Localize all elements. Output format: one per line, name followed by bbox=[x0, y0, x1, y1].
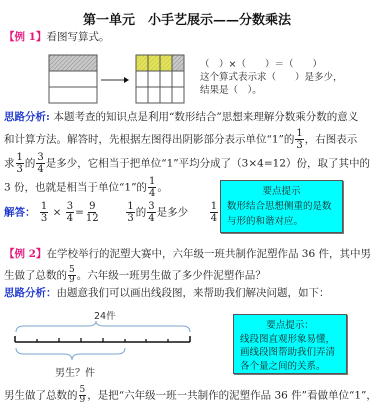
tip-body: 数形结合思想侧重的是数与形的和谐对应。 bbox=[227, 199, 336, 229]
fraction: 34 bbox=[36, 152, 44, 175]
tip-box-1: 要点提示 数形结合思想侧重的是数与形的和谐对应。 bbox=[220, 180, 343, 233]
example2-line1: 【例 2】在学校举行的泥塑大赛中，六年级一班共制作泥塑作品 36 件，其中男 bbox=[4, 247, 371, 261]
diagram-bottom-label: 男生？件 bbox=[55, 364, 95, 379]
tip-box-2: 要点提示： 线段图直观形象易懂，画线段图帮助我们弄清各个量之间的关系。 bbox=[233, 314, 347, 374]
analysis1-line3: 求13的34是多少，它相当于把单位“1”平均分成了（3×4=12）份，取了其中的 bbox=[4, 152, 370, 175]
analysis1-line4: 3 份，也就是相当于单位“1”的14。 bbox=[4, 176, 168, 199]
fraction: 13 bbox=[16, 152, 24, 175]
analysis1-line2: 和计算方法。解答时，先根据左图得出阴影部分表示单位“1”的13，右图表示 bbox=[4, 128, 357, 151]
equation-template: （ ）×（ ）＝（ ） bbox=[200, 58, 343, 71]
line-segment-diagram bbox=[0, 320, 200, 390]
fraction: 14 bbox=[148, 176, 156, 199]
answer-label: 解答： bbox=[4, 207, 36, 219]
right-arrow-icon bbox=[101, 77, 129, 83]
example2-last-line: 男生做了总数的59，是把“六年级一班一共制作的泥塑作品 36 件”看做单位“1”… bbox=[4, 386, 374, 405]
left-rect-diagram bbox=[49, 55, 97, 103]
example2-label: 【例 2】 bbox=[4, 248, 46, 260]
bottom-brace bbox=[16, 348, 125, 360]
fraction: 13 bbox=[295, 128, 303, 151]
tip-title: 要点提示： bbox=[240, 319, 340, 333]
result-line: 结果是（ ）。 bbox=[200, 84, 343, 97]
answer-line: 解答： 13 × 34=912 13的34是多少 14 bbox=[4, 201, 219, 224]
analysis-label: 思路分析 bbox=[4, 111, 46, 123]
analysis-label: 思路分析： bbox=[4, 287, 57, 299]
question-line: 这个算式表示求（ ）是多少， bbox=[200, 71, 343, 84]
right-grid-diagram bbox=[136, 55, 184, 103]
analysis1-line1: 思路分析: 本题考查的知识点是利用“数形结合”思想来理解分数乘分数的意义 bbox=[4, 110, 358, 124]
top-brace bbox=[16, 321, 190, 332]
example2-analysis: 思路分析：由题意我们可以画出线段图，来帮助我们解决问题，如下： bbox=[4, 286, 330, 300]
tip-body: 线段图直观形象易懂，画线段图帮助我们弄清各个量之间的关系。 bbox=[240, 333, 340, 374]
example2-line2: 生做了总数的59。六年级一班男生做了多少件泥塑作品？ bbox=[4, 266, 266, 285]
example1-fill-in: （ ）×（ ）＝（ ） 这个算式表示求（ ）是多少， 结果是（ ）。 bbox=[200, 58, 343, 97]
tip-title: 要点提示 bbox=[227, 184, 336, 199]
